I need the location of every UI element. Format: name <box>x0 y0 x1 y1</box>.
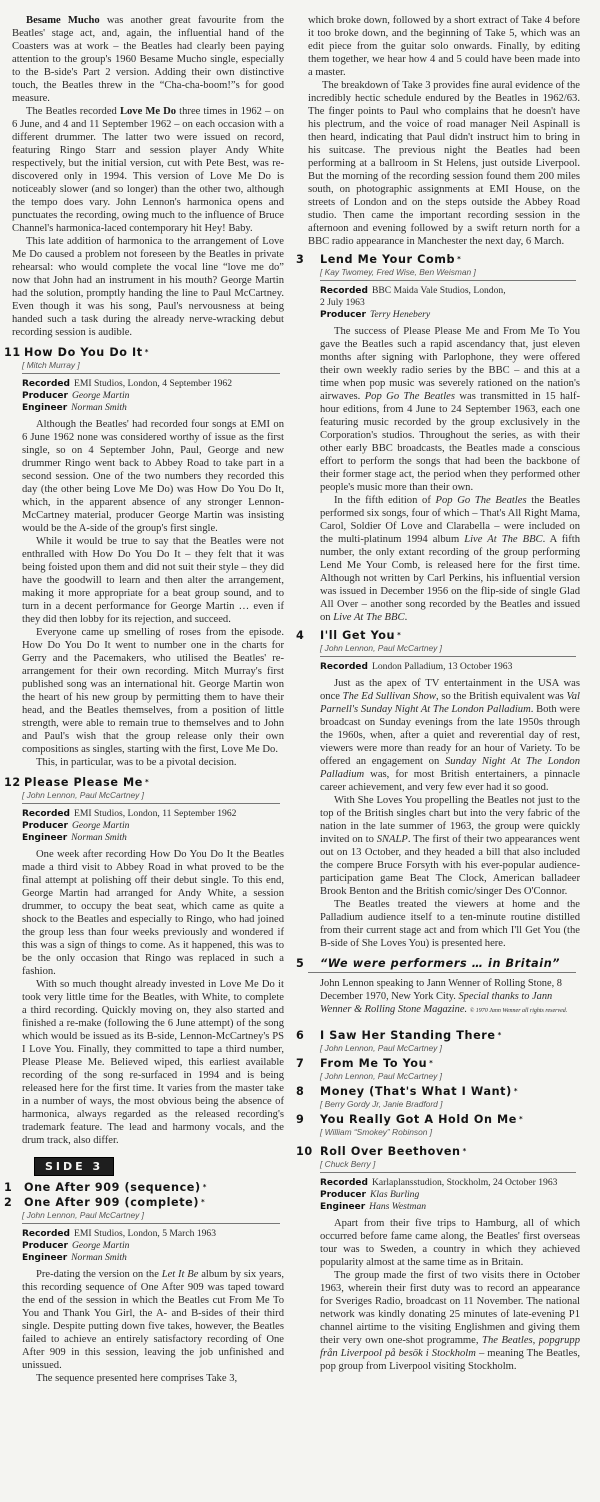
engineer-value: Norman Smith <box>71 832 127 843</box>
paragraph-text: In the fifth edition of <box>334 495 436 506</box>
recording-info: RecordedEMI Studios, London, 11 Septembe… <box>22 808 284 844</box>
recorded-label: Recorded <box>320 1178 368 1188</box>
track-heading-7: 7From Me To You* <box>308 1056 580 1071</box>
track-number: 11 <box>4 345 24 360</box>
album-title-italic: Let It Be <box>162 1269 199 1280</box>
side-badge: SIDE 3 <box>34 1157 114 1176</box>
recorded-value: BBC Maida Vale Studios, London, <box>372 285 506 296</box>
interview-note: John Lennon speaking to Jann Wenner of R… <box>320 977 580 1018</box>
track-title: Please Please Me <box>24 776 143 789</box>
track-number: 3 <box>296 252 320 267</box>
paragraph: Although the Beatles' had recorded four … <box>22 418 284 535</box>
track-number: 5 <box>296 956 320 971</box>
track-heading-6: 6I Saw Her Standing There* <box>308 1028 580 1043</box>
paragraph: Apart from their five trips to Hamburg, … <box>320 1217 580 1269</box>
track-heading-12: 12Please Please Me* <box>12 775 284 790</box>
track-heading-side3-1: 1One After 909 (sequence)* <box>12 1180 284 1195</box>
engineer-value: Hans Westman <box>369 1201 426 1212</box>
engineer-label: Engineer <box>22 1253 67 1263</box>
track-number: 6 <box>296 1028 320 1043</box>
show-title-italic: Pop Go The Beatles <box>365 391 455 402</box>
songwriter-credit: [ John Lennon, Paul McCartney ] <box>22 1210 280 1224</box>
paragraph-continued: which broke down, followed by a short ex… <box>308 14 580 79</box>
track-title: Roll Over Beethoven <box>320 1145 461 1158</box>
recorded-label: Recorded <box>22 809 70 819</box>
asterisk-mark: * <box>145 348 149 356</box>
track-heading-3: 3Lend Me Your Comb* <box>308 252 580 267</box>
paragraph: Everyone came up smelling of roses from … <box>22 626 284 756</box>
track-title: You Really Got A Hold On Me <box>320 1113 517 1126</box>
paragraph: The sequence presented here comprises Ta… <box>22 1372 284 1385</box>
recorded-value: EMI Studios, London, 4 September 1962 <box>74 378 232 389</box>
paragraph: The Beatles treated the viewers at home … <box>320 898 580 950</box>
paragraph-text: album by six years, this recording seque… <box>22 1269 284 1371</box>
song-name-bold: Besame Mucho <box>26 15 100 26</box>
recorded-label: Recorded <box>22 1229 70 1239</box>
paragraph: The group made the first of two visits t… <box>320 1269 580 1373</box>
asterisk-mark: * <box>498 1031 502 1039</box>
asterisk-mark: * <box>429 1059 433 1067</box>
songwriter-credit: [ Chuck Berry ] <box>320 1159 576 1173</box>
paragraph-text: The Beatles recorded <box>26 106 120 117</box>
track-number: 8 <box>296 1084 320 1099</box>
asterisk-mark: * <box>145 778 149 786</box>
engineer-label: Engineer <box>320 1202 365 1212</box>
paragraph: Just as the apex of TV entertainment in … <box>320 677 580 794</box>
track-title: One After 909 (complete) <box>24 1196 199 1209</box>
track-heading-8: 8Money (That's What I Want)* <box>308 1084 580 1099</box>
engineer-value: Norman Smith <box>71 1252 127 1263</box>
track-title: I'll Get You <box>320 629 395 642</box>
track-heading-4: 4I'll Get You* <box>308 628 580 643</box>
paragraph-text: Pre-dating the version on the <box>36 1269 162 1280</box>
recorded-value-line2: 2 July 1963 <box>320 297 580 309</box>
song-name-bold: Love Me Do <box>120 106 176 117</box>
track-heading-5: 5“We were performers … in Britain” <box>308 956 576 973</box>
songwriter-credit: [ John Lennon, Paul McCartney ] <box>320 643 576 657</box>
songwriter-credit: [ John Lennon, Paul McCartney ] <box>22 790 280 804</box>
paragraph: Pre-dating the version on the Let It Be … <box>22 1268 284 1372</box>
paragraph: While it would be true to say that the B… <box>22 535 284 626</box>
songwriter-credit: [ Berry Gordy Jr, Janie Bradford ] <box>320 1099 576 1112</box>
paragraph: With She Loves You propelling the Beatle… <box>320 794 580 898</box>
recording-info: RecordedEMI Studios, London, 4 September… <box>22 378 284 414</box>
producer-value: George Martin <box>72 1240 129 1251</box>
paragraph-text: . <box>405 612 408 623</box>
producer-value: Klas Burling <box>370 1189 419 1200</box>
paragraph: One week after recording How Do You Do I… <box>22 848 284 978</box>
album-title-italic: Live At The BBC <box>464 534 542 545</box>
liner-notes-page: Besame Mucho was another great favourite… <box>0 0 600 1502</box>
track-number: 10 <box>296 1144 320 1159</box>
paragraph-love-me-do: The Beatles recorded Love Me Do three ti… <box>12 105 284 235</box>
producer-label: Producer <box>320 1190 366 1200</box>
track-number: 9 <box>296 1112 320 1127</box>
track-heading-11: 11How Do You Do It* <box>12 345 284 360</box>
recording-info: RecordedBBC Maida Vale Studios, London, … <box>320 285 580 321</box>
engineer-label: Engineer <box>22 403 67 413</box>
producer-label: Producer <box>22 1241 68 1251</box>
producer-label: Producer <box>22 391 68 401</box>
asterisk-mark: * <box>463 1147 467 1155</box>
asterisk-mark: * <box>397 631 401 639</box>
songwriter-credit: [ William “Smokey” Robinson ] <box>320 1127 576 1140</box>
track-title: How Do You Do It <box>24 346 143 359</box>
recorded-label: Recorded <box>320 286 368 296</box>
track-number: 2 <box>4 1195 24 1210</box>
track-title: From Me To You <box>320 1057 427 1070</box>
paragraph: The success of Please Please Me and From… <box>320 325 580 494</box>
paragraph-text: three times in 1962 – on 6 June, and 4 a… <box>12 106 284 234</box>
track-title: Money (That's What I Want) <box>320 1085 512 1098</box>
producer-value: Terry Henebery <box>370 309 430 320</box>
asterisk-mark: * <box>203 1183 207 1191</box>
songwriter-credit: [ Kay Twomey, Fred Wise, Ben Weisman ] <box>320 267 576 281</box>
track-heading-side3-2: 2One After 909 (complete)* <box>12 1195 284 1210</box>
paragraph: With so much thought already invested in… <box>22 978 284 1147</box>
copyright-note: © 1970 Jann Wenner all rights reserved. <box>470 1008 568 1014</box>
recording-info: RecordedKarlaplansstudion, Stockholm, 24… <box>320 1177 580 1213</box>
paragraph: This, in particular, was to be a pivotal… <box>22 756 284 769</box>
track-number: 12 <box>4 775 24 790</box>
recording-info: RecordedLondon Palladium, 13 October 196… <box>320 661 580 673</box>
asterisk-mark: * <box>457 255 461 263</box>
recorded-value: EMI Studios, London, 11 September 1962 <box>74 808 236 819</box>
recorded-value: Karlaplansstudion, Stockholm, 24 October… <box>372 1177 557 1188</box>
paragraph-text: , so the British equivalent was <box>436 691 566 702</box>
paragraph: The breakdown of Take 3 provides fine au… <box>308 79 580 248</box>
recorded-label: Recorded <box>22 379 70 389</box>
paragraph: In the fifth edition of Pop Go The Beatl… <box>320 494 580 624</box>
paragraph-text: was another great favourite from the Bea… <box>12 15 284 104</box>
producer-value: George Martin <box>72 390 129 401</box>
right-column: which broke down, followed by a short ex… <box>308 14 580 1373</box>
track-title: “We were performers … in Britain” <box>320 957 560 970</box>
track-number: 1 <box>4 1180 24 1195</box>
track-heading-10: 10Roll Over Beethoven* <box>308 1144 580 1159</box>
track-title: I Saw Her Standing There <box>320 1029 496 1042</box>
engineer-value: Norman Smith <box>71 402 127 413</box>
track-title: Lend Me Your Comb <box>320 253 455 266</box>
track-number: 4 <box>296 628 320 643</box>
paragraph-besame-mucho: Besame Mucho was another great favourite… <box>12 14 284 105</box>
album-title-italic: Live At The BBC <box>333 612 404 623</box>
songwriter-credit: [ Mitch Murray ] <box>22 360 280 374</box>
songwriter-credit: [ John Lennon, Paul McCartney ] <box>320 1071 576 1084</box>
asterisk-mark: * <box>519 1115 523 1123</box>
producer-value: George Martin <box>72 820 129 831</box>
show-abbrev-italic: SNALP <box>377 834 408 845</box>
producer-label: Producer <box>22 821 68 831</box>
engineer-label: Engineer <box>22 833 67 843</box>
track-title: One After 909 (sequence) <box>24 1181 201 1194</box>
paragraph-text: was transmitted in 15 half-hour editions… <box>320 391 580 493</box>
left-column: Besame Mucho was another great favourite… <box>12 14 284 1385</box>
show-title-italic: The Ed Sullivan Show <box>343 691 436 702</box>
recorded-value: London Palladium, 13 October 1963 <box>372 661 512 672</box>
songwriter-credit: [ John Lennon, Paul McCartney ] <box>320 1043 576 1056</box>
asterisk-mark: * <box>201 1198 205 1206</box>
paragraph-harmonica: This late addition of harmonica to the a… <box>12 235 284 339</box>
producer-label: Producer <box>320 310 366 320</box>
track-number: 7 <box>296 1056 320 1071</box>
asterisk-mark: * <box>514 1087 518 1095</box>
show-title-italic: Pop Go The Beatles <box>436 495 527 506</box>
recorded-value: EMI Studios, London, 5 March 1963 <box>74 1228 216 1239</box>
track-heading-9: 9You Really Got A Hold On Me* <box>308 1112 580 1127</box>
paragraph-text: . A fifth number, the only extant record… <box>320 534 580 623</box>
recorded-label: Recorded <box>320 662 368 672</box>
recording-info: RecordedEMI Studios, London, 5 March 196… <box>22 1228 284 1264</box>
